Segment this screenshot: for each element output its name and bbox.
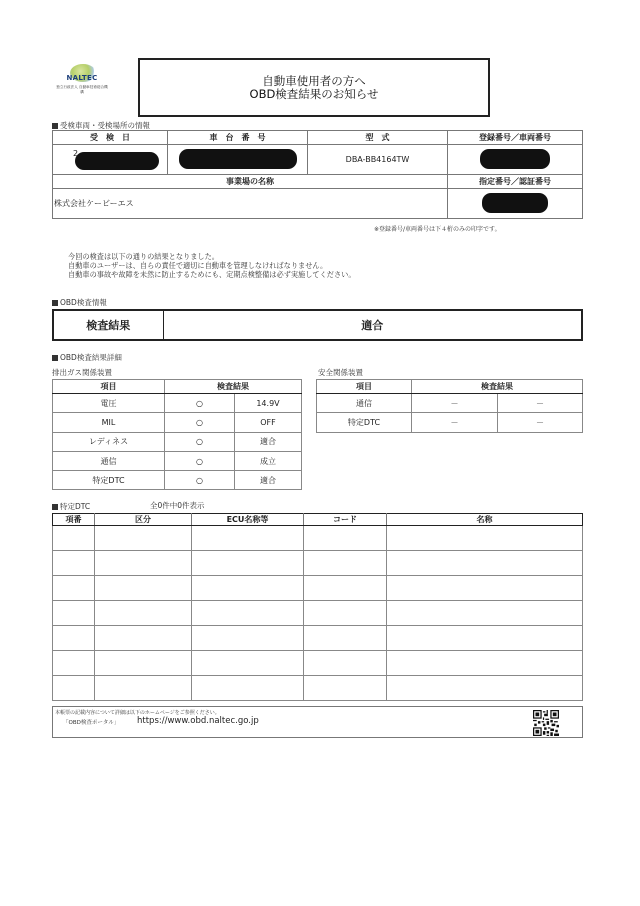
dtc-cell — [192, 576, 304, 601]
portal-url-link[interactable]: https://www.obd.naltec.go.jp — [137, 716, 259, 726]
dtc-row — [53, 676, 583, 701]
dtc-cell — [95, 601, 192, 626]
dtc-count: 全0件中0件表示 — [150, 500, 205, 511]
emission-item: レディネス — [53, 432, 165, 451]
dtc-cell — [192, 601, 304, 626]
result-value: 適合 — [163, 310, 582, 340]
chassis-number-cell — [168, 145, 308, 175]
dtc-cell — [192, 526, 304, 551]
emission-value: 14.9V — [235, 394, 302, 413]
dtc-cell — [387, 526, 583, 551]
dtc-cell — [387, 576, 583, 601]
safety-mark: － — [412, 413, 498, 432]
dtc-header-ecu: ECU名称等 — [192, 514, 304, 526]
dtc-cell — [53, 676, 95, 701]
dtc-row — [53, 576, 583, 601]
dtc-cell — [53, 626, 95, 651]
safety-label: 安全関係装置 — [318, 367, 363, 378]
dtc-cell — [192, 651, 304, 676]
safety-row: 通信－－ — [317, 394, 583, 413]
dtc-cell — [304, 601, 387, 626]
emission-item: 特定DTC — [53, 471, 165, 490]
notice-text: 今回の検査は以下の通りの結果となりました。 自動車のユーザーは、自らの責任で適切… — [68, 252, 356, 279]
notice-line-1: 今回の検査は以下の通りの結果となりました。 — [68, 252, 356, 261]
dtc-cell — [95, 626, 192, 651]
cert-number-cell — [448, 189, 583, 219]
notice-line-3: 自動車の事故や故障を未然に防止するためにも、定期点検整備は必ず実施してください。 — [68, 270, 356, 279]
emission-mark: ○ — [165, 432, 235, 451]
dtc-cell — [387, 651, 583, 676]
footer-box: 本帳票の記載内容について詳細は以下のホームページをご参照ください。 「OBD検査… — [52, 706, 583, 738]
dtc-cell — [387, 676, 583, 701]
dtc-cell — [53, 551, 95, 576]
dtc-header-code: コード — [304, 514, 387, 526]
safety-item: 特定DTC — [317, 413, 412, 432]
dtc-row — [53, 526, 583, 551]
vehicle-info-table: 受 検 日 車 台 番 号 型 式 登録番号／車両番号 2 DBA-BB4164… — [52, 130, 583, 219]
logo-subtitle: 独立行政法人 自動車技術総合機構 — [56, 85, 108, 95]
header-cert-number: 指定番号／認証番号 — [448, 175, 583, 189]
safety-header-item: 項目 — [317, 380, 412, 394]
safety-item: 通信 — [317, 394, 412, 413]
emission-value: 成立 — [235, 451, 302, 470]
footer-note: 本帳票の記載内容について詳細は以下のホームページをご参照ください。 — [55, 709, 220, 716]
header-registration: 登録番号／車両番号 — [448, 131, 583, 145]
date-prefix: 2 — [73, 149, 78, 158]
dtc-cell — [304, 526, 387, 551]
emission-value: 適合 — [235, 432, 302, 451]
emission-mark: ○ — [165, 413, 235, 432]
emission-value: 適合 — [235, 471, 302, 490]
emission-item: 通信 — [53, 451, 165, 470]
header-chassis-number: 車 台 番 号 — [168, 131, 308, 145]
emission-table: 項目 検査結果 電圧○14.9VMIL○OFFレディネス○適合通信○成立特定DT… — [52, 379, 302, 490]
emission-mark: ○ — [165, 451, 235, 470]
redacted-inspection-date — [75, 152, 159, 170]
qr-code-icon[interactable] — [533, 710, 559, 736]
registration-cell — [448, 145, 583, 175]
safety-table: 項目 検査結果 通信－－特定DTC－－ — [316, 379, 583, 433]
redacted-registration-number — [480, 149, 550, 169]
emission-row: レディネス○適合 — [53, 432, 302, 451]
header-inspection-date: 受 検 日 — [53, 131, 168, 145]
dtc-cell — [304, 626, 387, 651]
dtc-cell — [387, 551, 583, 576]
header-office-name: 事業場の名称 — [53, 175, 448, 189]
dtc-header-category: 区分 — [95, 514, 192, 526]
emission-label: 排出ガス関係装置 — [52, 367, 112, 378]
dtc-cell — [95, 526, 192, 551]
emission-mark: ○ — [165, 471, 235, 490]
dtc-row — [53, 601, 583, 626]
emission-row: MIL○OFF — [53, 413, 302, 432]
emission-value: OFF — [235, 413, 302, 432]
obd-result-table: 検査結果 適合 — [52, 309, 583, 341]
emission-row: 特定DTC○適合 — [53, 471, 302, 490]
emission-mark: ○ — [165, 394, 235, 413]
dtc-header-number: 項番 — [53, 514, 95, 526]
emission-row: 電圧○14.9V — [53, 394, 302, 413]
document-title: 自動車使用者の方へ OBD検査結果のお知らせ — [138, 58, 490, 117]
dtc-cell — [387, 626, 583, 651]
naltec-logo-icon: NALTEC 独立行政法人 自動車技術総合機構 — [56, 64, 108, 104]
emission-item: MIL — [53, 413, 165, 432]
title-line-1: 自動車使用者の方へ — [262, 75, 366, 88]
obd-detail-section-label: OBD検査結果詳細 — [52, 352, 122, 363]
dtc-header-name: 名称 — [387, 514, 583, 526]
dtc-row — [53, 551, 583, 576]
dtc-cell — [95, 551, 192, 576]
safety-value: － — [498, 394, 583, 413]
dtc-cell — [53, 576, 95, 601]
notice-line-2: 自動車のユーザーは、自らの責任で適切に自動車を管理しなければなりません。 — [68, 261, 356, 270]
header-model: 型 式 — [308, 131, 448, 145]
emission-header-item: 項目 — [53, 380, 165, 394]
dtc-section-label: 特定DTC — [52, 501, 90, 512]
dtc-cell — [53, 601, 95, 626]
redacted-cert-number — [482, 193, 548, 213]
result-label: 検査結果 — [53, 310, 163, 340]
dtc-cell — [53, 526, 95, 551]
dtc-cell — [192, 551, 304, 576]
dtc-row — [53, 626, 583, 651]
obd-info-section-label: OBD検査情報 — [52, 297, 107, 308]
dtc-cell — [95, 651, 192, 676]
dtc-cell — [304, 676, 387, 701]
office-name-value: 株式会社ケービーエス — [53, 189, 448, 219]
redacted-chassis-number — [179, 149, 297, 169]
dtc-cell — [192, 626, 304, 651]
dtc-cell — [304, 551, 387, 576]
dtc-row — [53, 651, 583, 676]
registration-footnote: ※登録番号/車両番号は下４桁のみの印字です。 — [374, 224, 501, 233]
safety-mark: － — [412, 394, 498, 413]
emission-row: 通信○成立 — [53, 451, 302, 470]
safety-row: 特定DTC－－ — [317, 413, 583, 432]
dtc-cell — [304, 576, 387, 601]
emission-item: 電圧 — [53, 394, 165, 413]
emission-header-result: 検査結果 — [165, 380, 302, 394]
dtc-cell — [95, 576, 192, 601]
dtc-cell — [192, 676, 304, 701]
title-line-2: OBD検査結果のお知らせ — [250, 88, 379, 101]
safety-value: － — [498, 413, 583, 432]
dtc-cell — [387, 601, 583, 626]
portal-name: 「OBD検査ポータル」 — [63, 718, 119, 726]
dtc-cell — [95, 676, 192, 701]
logo-brand: NALTEC — [56, 74, 108, 82]
inspection-date-cell: 2 — [53, 145, 168, 175]
safety-header-result: 検査結果 — [412, 380, 583, 394]
model-value: DBA-BB4164TW — [308, 145, 448, 175]
dtc-table: 項番 区分 ECU名称等 コード 名称 — [52, 513, 583, 701]
dtc-cell — [53, 651, 95, 676]
dtc-cell — [304, 651, 387, 676]
